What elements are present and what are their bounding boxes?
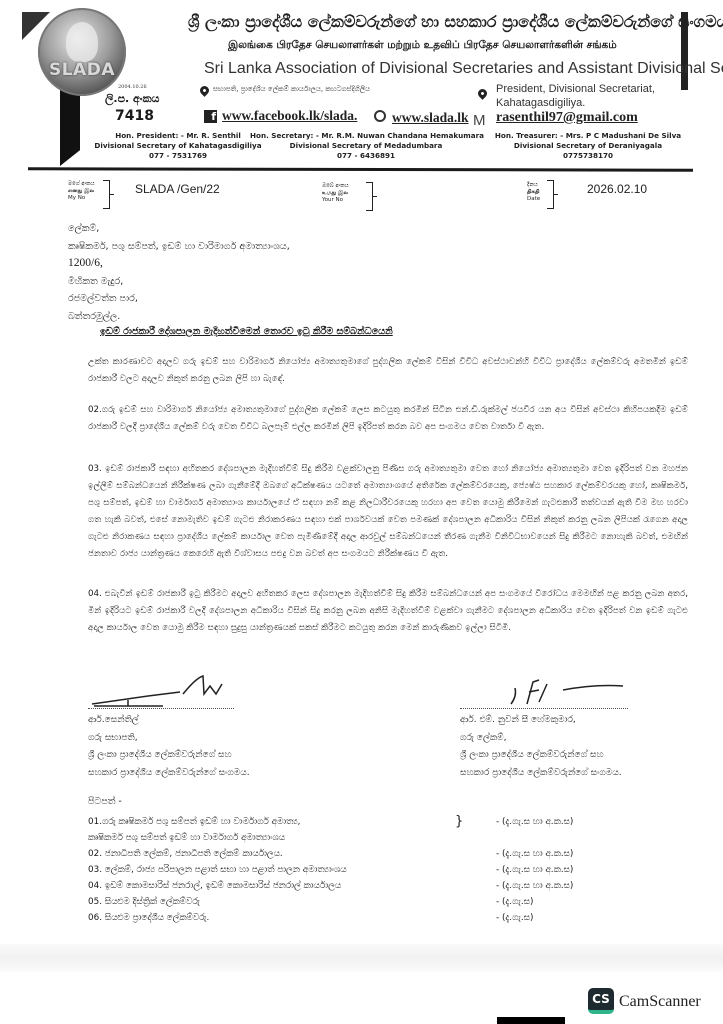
recipient-address: ලේකම්, කෘෂිකර්ම, පශු සම්පත්, ඉඩම් හා වාර… — [68, 220, 290, 325]
signatory-org: ශ්‍රී ලංකා ප්‍රාදේශීය ලේකම්වරුන්ගේ සහ — [88, 747, 250, 765]
date-bracket — [547, 180, 554, 209]
officer-office: Divisional Secretary of Deraniyagala — [488, 141, 688, 151]
signatory-name: ආර්. එම්. නුවන් සී හේමකුමාර, — [460, 712, 622, 730]
recipient-line: රජමල්වත්ත පාර, — [68, 290, 290, 308]
my-no-label: මගේ අංකය எனது இல My No — [68, 181, 95, 202]
address-english-line1: President, Divisional Secretariat, — [496, 82, 655, 96]
signatory-president: ආර්.සෙන්තිල් ගරු සභාපති, ශ්‍රී ලංකා ප්‍ර… — [88, 712, 250, 782]
slada-logo: SLADA — [38, 8, 126, 96]
copy-item: 06. සියළුම ප්‍රාදේශීය ලේකම්වරු. - (දැ.ගැ… — [88, 910, 688, 926]
facebook-icon: f — [204, 110, 217, 123]
signatory-title: ගරු සභාපති, — [88, 730, 250, 748]
paragraph-04: 04. එබැවින් ඉඩම් රාජකාරී ඉටු කිරීමට අදාල… — [88, 586, 688, 637]
facebook-link[interactable]: www.facebook.lk/slada. — [222, 108, 357, 124]
signatory-title: ගරු ලේකම්, — [460, 730, 622, 748]
registration-label: ලි.ප. අංකය — [105, 92, 159, 106]
copy-item: කෘෂිකර්ම පශු සම්පත් ඉඩම් හා වාර්මාර්ග අම… — [88, 830, 688, 846]
association-name-english: Sri Lanka Association of Divisional Secr… — [204, 60, 723, 78]
logo-text: SLADA — [38, 60, 126, 80]
email-link[interactable]: rasenthil97@gmail.com — [496, 110, 638, 126]
secretary-signature — [455, 676, 635, 708]
signatory-secretary: ආර්. එම්. නුවන් සී හේමකුමාර, ගරු ලේකම්, … — [460, 712, 622, 782]
officer-office: Divisional Secretary of Medadumbara — [250, 141, 482, 151]
signatory-org: ශ්‍රී ලංකා ප්‍රාදේශීය ලේකම්වරුන්ගේ සහ — [460, 747, 622, 765]
officer-role: Hon. President: - Mr. R. Senthil — [78, 131, 278, 141]
association-name-tamil: இலங்கை பிரதேச செயலாளர்கள் மற்றும் உதவிப்… — [228, 39, 617, 52]
signatory-name: ආර්.සෙන්තිල් — [88, 712, 250, 730]
location-pin-icon — [476, 87, 489, 100]
logo-map-emblem-icon — [66, 22, 98, 62]
officer-phone: 0775738170 — [488, 151, 688, 161]
copy-item: 05. සියළුම දිස්ත්‍රික් ලේකම්වරු - (දැ.ගැ… — [88, 894, 688, 910]
officer-president: Hon. President: - Mr. R. Senthil Divisio… — [78, 131, 278, 161]
recipient-line: බත්තරමුල්ල. — [68, 308, 290, 326]
association-name-sinhala: ශ්‍රී ලංකා ප්‍රාදේශීය ලේකම්වරුන්ගේ හා සහ… — [188, 12, 723, 32]
copy-item: 02. ජනාධිපති ලේකම්, ජනාධිපති ලේකම් කාර්ය… — [88, 846, 688, 862]
recipient-line: කෘෂිකර්ම, පශු සම්පත්, ඉඩම් හා වාරිමාර්ග … — [68, 238, 290, 256]
signatory-org: සහකාර ප්‍රාදේශීය ලේකම්වරුන්ගේ සංගමය. — [88, 765, 250, 783]
address-english: President, Divisional Secretariat, Kahat… — [496, 82, 655, 110]
camscanner-watermark: CamScanner — [619, 993, 701, 1011]
recipient-line: ලේකම්, — [68, 220, 290, 238]
website-link[interactable]: www.slada.lk — [392, 110, 469, 126]
president-signature — [88, 672, 238, 708]
paragraph-03: 03. ඉඩම් රාජකාරී සඳහා අහිතකර දේශපාලන මැද… — [88, 461, 688, 563]
paragraph-intro: උක්ත කාරණාවට අදාලව ගරු ඉඩම් සහ වාරිමාර්ග… — [88, 354, 688, 388]
signatory-org: සහකාර ප්‍රාදේශීය ලේකම්වරුන්ගේ සංගමය. — [460, 765, 622, 783]
signature-line — [88, 708, 234, 709]
address-sinhala: සභාපති, ප්‍රාදේශීය ලේකම් කාර්යාලය, කහටගස… — [213, 85, 370, 94]
registration-number: 7418 — [115, 108, 154, 124]
paragraph-02: 02.ගරු ඉඩම් සහ වාරිමාර්ග නියෝජ්‍ය අමාත්‍… — [88, 402, 688, 436]
mail-icon: M — [473, 112, 486, 129]
officer-office: Divisional Secretary of Kahatagasdigiliy… — [78, 141, 278, 151]
signature-line — [460, 708, 628, 709]
camscanner-logo-icon: CS — [588, 988, 614, 1014]
officer-phone: 077 - 7531769 — [78, 151, 278, 161]
recipient-line: මිහිකත මැදුර, — [68, 273, 290, 291]
officer-role: Hon. Treasurer: - Mrs. P C Madushani De … — [488, 131, 688, 141]
officer-role: Hon. Secretary: - Mr. R.M. Nuwan Chandan… — [250, 131, 482, 141]
your-no-label: ඔබේ අංකය உமது இல Your No — [322, 183, 349, 204]
scan-shadow — [0, 944, 723, 972]
letter-subject: ඉඩම් රාජකාරී දේශපාලන මැදිහත්වීමෙන් තොරව … — [100, 326, 393, 337]
copy-item: 04. ඉඩම් කොමසාරිස් ජනරාල්, ඉඩම් කොමසාරිස… — [88, 878, 688, 894]
date-value: 2026.02.10 — [587, 182, 647, 196]
officer-secretary: Hon. Secretary: - Mr. R.M. Nuwan Chandan… — [250, 131, 482, 161]
brace-icon: } — [455, 814, 463, 830]
copy-item: 03. ලේකම්, රාජ්‍ය පරිපාලන පළාත් සභා හා ප… — [88, 862, 688, 878]
letterhead-divider — [28, 167, 693, 171]
bottom-black-bar — [497, 1017, 565, 1024]
location-pin-icon — [198, 84, 211, 97]
copies-list: 01.ගරු කෘෂිකර්ම පශු සම්පත් ඉඩම් හා වාර්ම… — [88, 814, 688, 926]
my-no-value: SLADA /Gen/22 — [135, 182, 220, 196]
my-no-bracket — [103, 180, 110, 209]
globe-icon — [374, 110, 386, 122]
copy-item: 01.ගරු කෘෂිකර්ම පශු සම්පත් ඉඩම් හා වාර්ම… — [88, 814, 688, 830]
registration-date: 2004.10.26 — [118, 84, 147, 90]
officer-treasurer: Hon. Treasurer: - Mrs. P C Madushani De … — [488, 131, 688, 161]
address-english-line2: Kahatagasdigiliya. — [496, 96, 655, 110]
date-label: දිනය திகதி Date — [527, 182, 540, 203]
your-no-bracket — [366, 182, 373, 211]
copies-title: පිටපත් - — [88, 796, 122, 807]
recipient-line: 1200/6, — [68, 255, 290, 273]
officer-phone: 077 - 6436891 — [250, 151, 482, 161]
